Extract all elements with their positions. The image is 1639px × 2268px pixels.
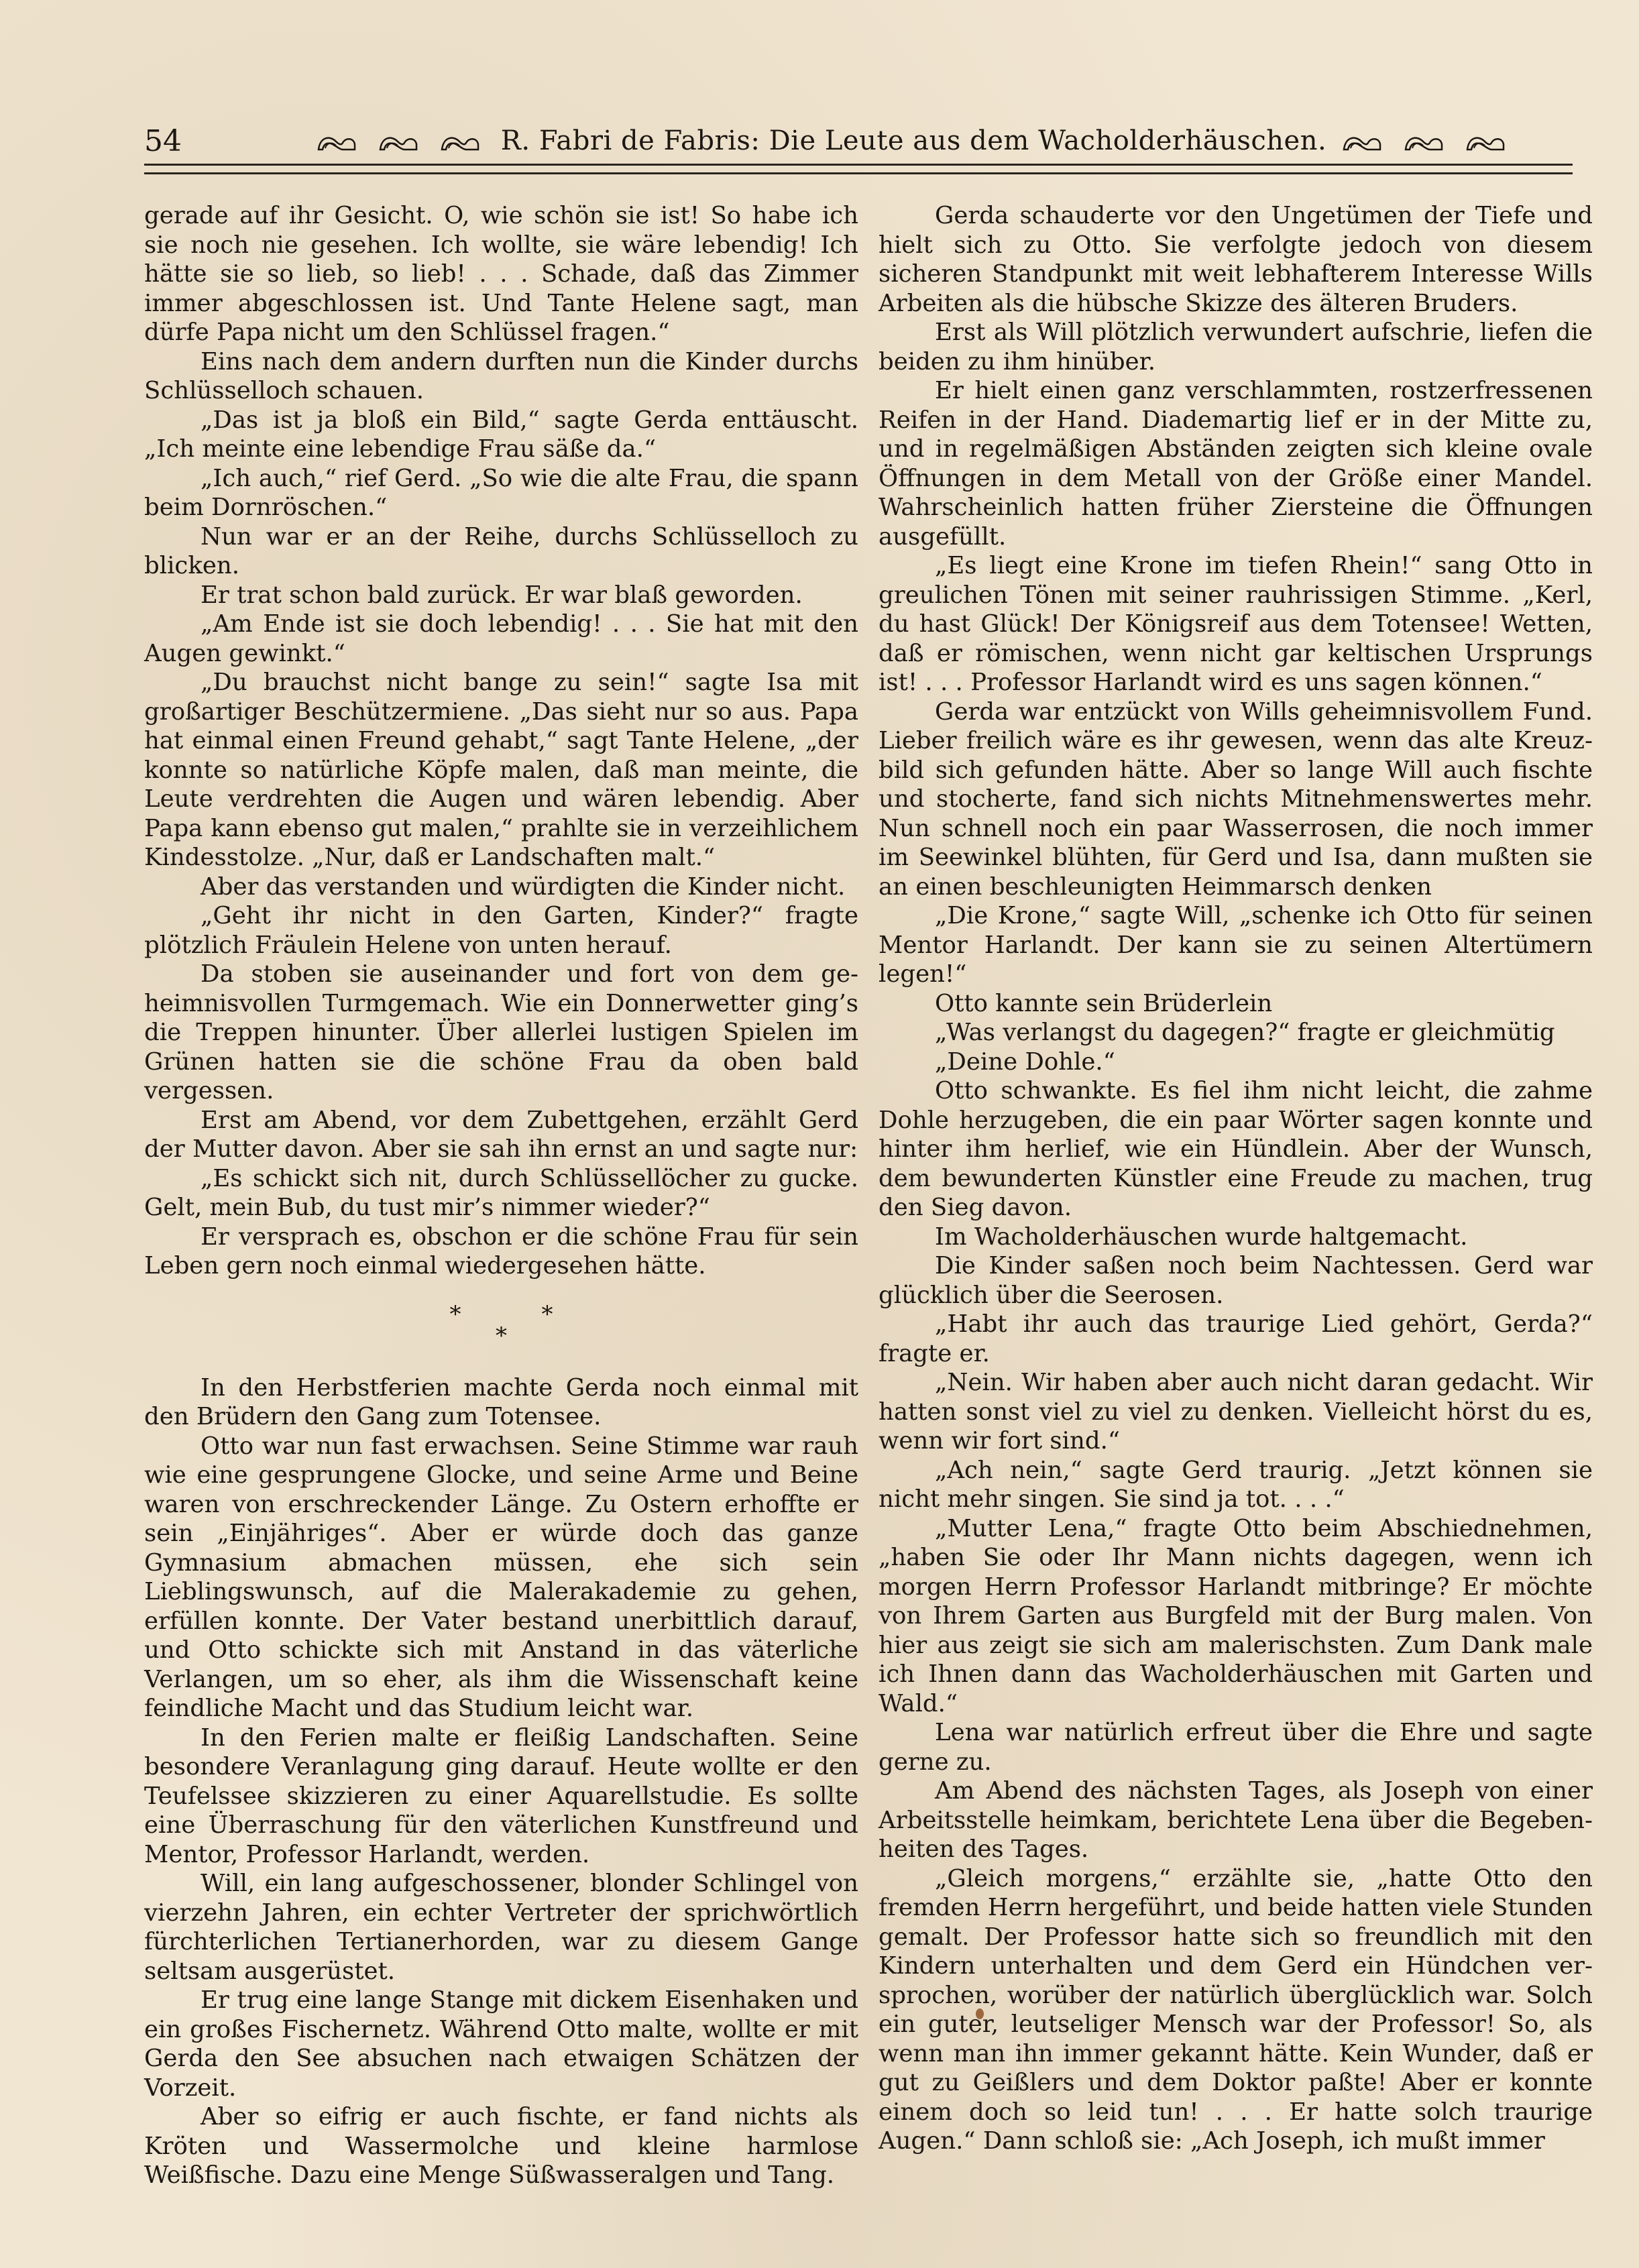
header-rule-bottom <box>144 172 1573 174</box>
paragraph: „Das ist ja bloß ein Bild,“ sagte Gerda … <box>144 406 858 464</box>
paragraph: „Deine Dohle.“ <box>879 1047 1593 1077</box>
paragraph: Will, ein lang aufgeschossener, blonder … <box>144 1869 858 1986</box>
paper-stain <box>976 2008 984 2019</box>
header-rule-top <box>144 164 1573 166</box>
floral-ornament-icon <box>1341 129 1388 152</box>
paragraph: „Ich auch,“ rief Gerd. „So wie die alte … <box>144 464 858 522</box>
paragraph: „Was verlangst du dagegen?“ fragte er gl… <box>879 1018 1593 1047</box>
floral-ornament-icon <box>316 129 363 152</box>
paragraph: Am Abend des nächsten Tages, als Joseph … <box>879 1776 1593 1864</box>
paragraph: „Nein. Wir haben aber auch nicht daran g… <box>879 1368 1593 1456</box>
paragraph: In den Herbstferien machte Gerda noch ei… <box>144 1373 858 1432</box>
paragraph: „Du brauchst nicht bange zu sein!“ sagte… <box>144 668 858 872</box>
paragraph: Gerda war entzückt von Wills geheimnisvo… <box>879 697 1593 902</box>
paragraph: Otto war nun fast erwachsen. Seine Stimm… <box>144 1432 858 1723</box>
paragraph: „Ach nein,“ sagte Gerd traurig. „Jetzt k… <box>879 1456 1593 1514</box>
running-head: R. Fabri de Fabris: Die Leute aus dem Wa… <box>258 125 1569 156</box>
paragraph: Otto schwankte. Es fiel ihm nicht leicht… <box>879 1076 1593 1223</box>
paragraph: Otto kannte sein Brüderlein <box>879 989 1593 1019</box>
paragraph: Eins nach dem andern durften nun die Kin… <box>144 347 858 406</box>
paragraph: gerade auf ihr Gesicht. O, wie schön sie… <box>144 201 858 347</box>
page-number: 54 <box>144 124 258 158</box>
paragraph: „Es liegt eine Krone im tiefen Rhein!“ s… <box>879 551 1593 697</box>
paragraph: Aber das verstanden und würdigten die Ki… <box>144 872 858 902</box>
floral-ornament-icon <box>1465 129 1512 152</box>
paragraph: Aber so eifrig er auch fischte, er fand … <box>144 2102 858 2190</box>
paragraph: „Gleich morgens,“ erzählte sie, „hatte O… <box>879 1864 1593 2156</box>
paragraph: In den Ferien malte er fleißig Landschaf… <box>144 1723 858 1870</box>
paragraph: Im Wacholderhäuschen wurde haltgemacht. <box>879 1223 1593 1252</box>
page-header: 54 R. Fabri de Fabris: Die Leute aus dem… <box>144 117 1569 164</box>
paragraph: Erst am Abend, vor dem Zubettgehen, erzä… <box>144 1106 858 1164</box>
asterisk-pair: ** <box>144 1304 858 1325</box>
floral-ornament-icon <box>1403 129 1450 152</box>
paragraph: „Am Ende ist sie doch lebendig! . . . Si… <box>144 610 858 668</box>
right-column: Gerda schauderte vor den Ungetümen der T… <box>879 201 1593 2156</box>
paragraph: „Mutter Lena,“ fragte Otto beim Abschied… <box>879 1514 1593 1719</box>
paragraph: Er trug eine lange Stange mit dickem Eis… <box>144 1986 858 2102</box>
section-break-asterism: ** * <box>144 1304 858 1347</box>
left-column: gerade auf ihr Gesicht. O, wie schön sie… <box>144 201 858 2190</box>
running-title: R. Fabri de Fabris: Die Leute aus dem Wa… <box>501 125 1326 156</box>
paragraph: Erst als Will plötzlich verwundert aufsc… <box>879 318 1593 376</box>
paragraph: Er hielt einen ganz verschlammten, rostz… <box>879 376 1593 551</box>
paragraph: „Habt ihr auch das traurige Lied gehört,… <box>879 1310 1593 1368</box>
paragraph: „Es schickt sich nit, durch Schlüssellöc… <box>144 1164 858 1223</box>
paragraph: „Geht ihr nicht in den Garten, Kinder?“ … <box>144 901 858 960</box>
floral-ornament-icon <box>378 129 425 152</box>
paragraph: Da stoben sie auseinander und fort von d… <box>144 960 858 1106</box>
paragraph: „Die Krone,“ sagte Will, „schenke ich Ot… <box>879 901 1593 989</box>
paragraph: Er versprach es, obschon er die schöne F… <box>144 1223 858 1281</box>
asterisk-single: * <box>144 1325 858 1347</box>
paragraph: Lena war natürlich erfreut über die Ehre… <box>879 1718 1593 1776</box>
floral-ornament-icon <box>439 129 486 152</box>
paragraph: Die Kinder saßen noch beim Nachtessen. G… <box>879 1251 1593 1310</box>
paragraph: Er trat schon bald zurück. Er war blaß g… <box>144 581 858 610</box>
book-page: 54 R. Fabri de Fabris: Die Leute aus dem… <box>0 0 1639 2268</box>
paragraph: Nun war er an der Reihe, durchs Schlüsse… <box>144 522 858 581</box>
paragraph: Gerda schauderte vor den Ungetümen der T… <box>879 201 1593 318</box>
